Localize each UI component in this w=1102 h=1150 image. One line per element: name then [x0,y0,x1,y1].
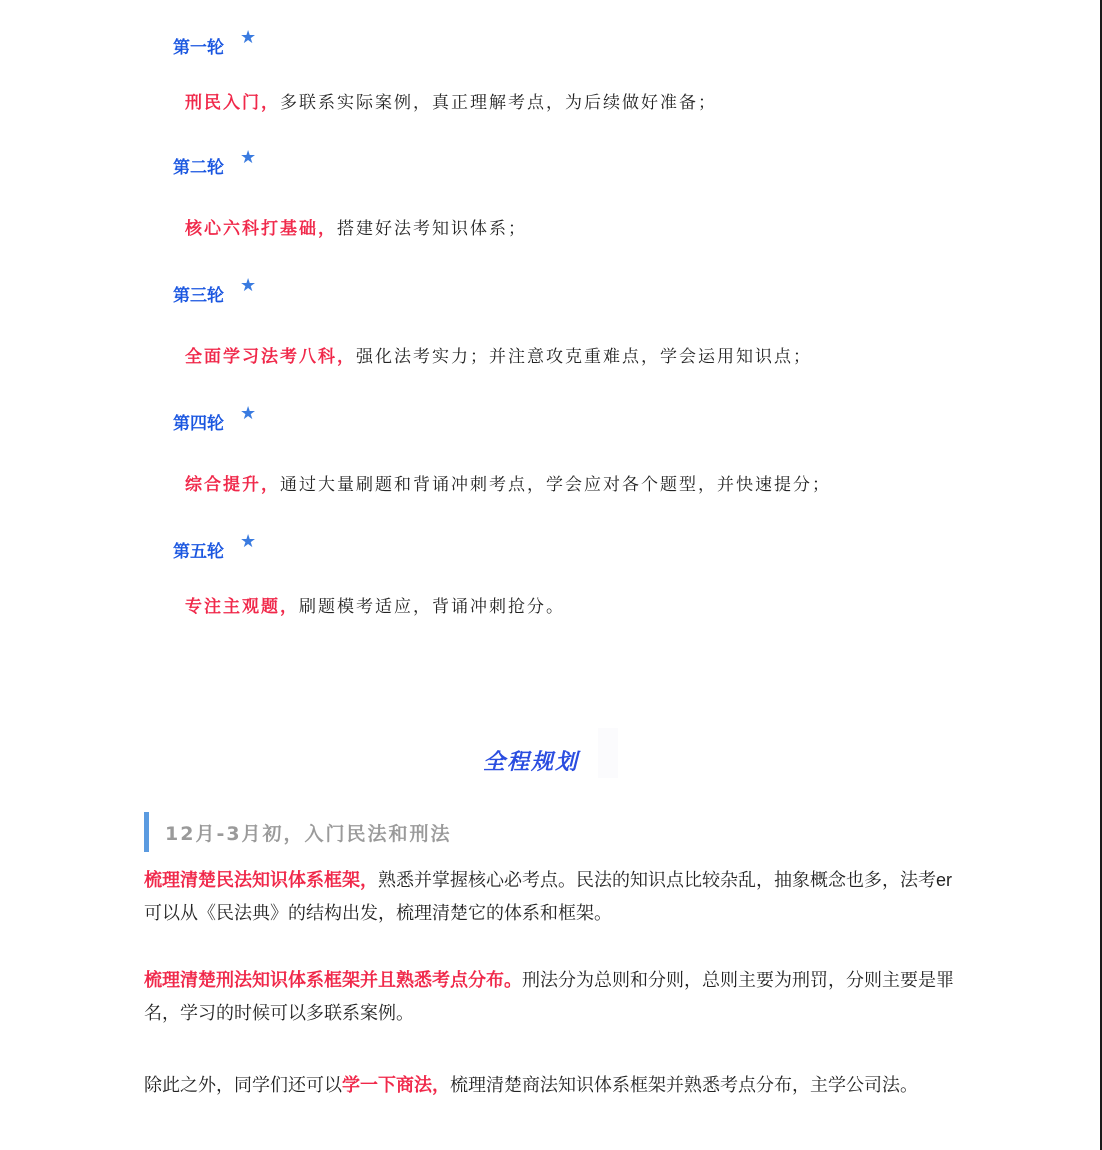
round-5-title: 第五轮 ★ [173,537,256,562]
round-1-title: 第一轮 ★ [173,33,256,58]
round-label: 第三轮 [173,281,224,306]
round-4-desc: 综合提升，通过大量刷题和背诵冲刺考点，学会应对各个题型，并快速提分； [185,470,831,495]
star-icon: ★ [240,275,256,296]
section-title-backdrop [598,728,618,778]
round-3-desc: 全面学习法考八科，强化法考实力；并注意攻克重难点，学会运用知识点； [185,342,812,367]
accent-bar [144,812,149,852]
section-title: 全程规划 [483,745,579,776]
paragraph-civil-law: 梳理清楚民法知识体系框架，熟悉并掌握核心必考点。民法的知识点比较杂乱，抽象概念也… [144,864,964,930]
star-icon: ★ [240,403,256,424]
body-text: 刷题模考适应，背诵冲刺抢分。 [299,597,565,617]
highlight-text: 梳理清楚民法知识体系框架， [144,870,378,890]
star-icon: ★ [240,531,256,552]
highlight-text: 专注主观题， [185,597,299,617]
highlight-text: 学一下商法， [342,1075,450,1095]
highlight-text: 刑民入门， [185,93,280,113]
highlight-text: 核心六科打基础， [185,219,337,239]
round-4-title: 第四轮 ★ [173,409,256,434]
body-text: 通过大量刷题和背诵冲刺考点，学会应对各个题型，并快速提分； [280,475,831,495]
sub-heading-text: 12月-3月初，入门民法和刑法 [165,819,452,846]
highlight-text: 综合提升， [185,475,280,495]
round-label: 第四轮 [173,409,224,434]
highlight-text: 梳理清楚刑法知识体系框架并且熟悉考点分布。 [144,970,522,990]
paragraph-criminal-law: 梳理清楚刑法知识体系框架并且熟悉考点分布。刑法分为总则和分则，总则主要为刑罚，分… [144,964,964,1030]
body-text: 多联系实际案例，真正理解考点，为后续做好准备； [280,93,717,113]
body-text: 除此之外，同学们还可以 [144,1075,342,1095]
round-label: 第五轮 [173,537,224,562]
round-1-desc: 刑民入门，多联系实际案例，真正理解考点，为后续做好准备； [185,88,717,113]
body-text: 搭建好法考知识体系； [337,219,527,239]
highlight-text: 全面学习法考八科， [185,347,356,367]
round-label: 第一轮 [173,33,224,58]
round-label: 第二轮 [173,153,224,178]
round-2-title: 第二轮 ★ [173,153,256,178]
body-text: 强化法考实力；并注意攻克重难点，学会运用知识点； [356,347,812,367]
star-icon: ★ [240,147,256,168]
round-2-desc: 核心六科打基础，搭建好法考知识体系； [185,214,527,239]
paragraph-commercial-law: 除此之外，同学们还可以学一下商法，梳理清楚商法知识体系框架并熟悉考点分布，主学公… [144,1069,964,1102]
round-3-title: 第三轮 ★ [173,281,256,306]
round-5-desc: 专注主观题，刷题模考适应，背诵冲刺抢分。 [185,592,565,617]
body-text: 梳理清楚商法知识体系框架并熟悉考点分布，主学公司法。 [450,1075,918,1095]
star-icon: ★ [240,27,256,48]
sub-heading: 12月-3月初，入门民法和刑法 [144,812,452,852]
